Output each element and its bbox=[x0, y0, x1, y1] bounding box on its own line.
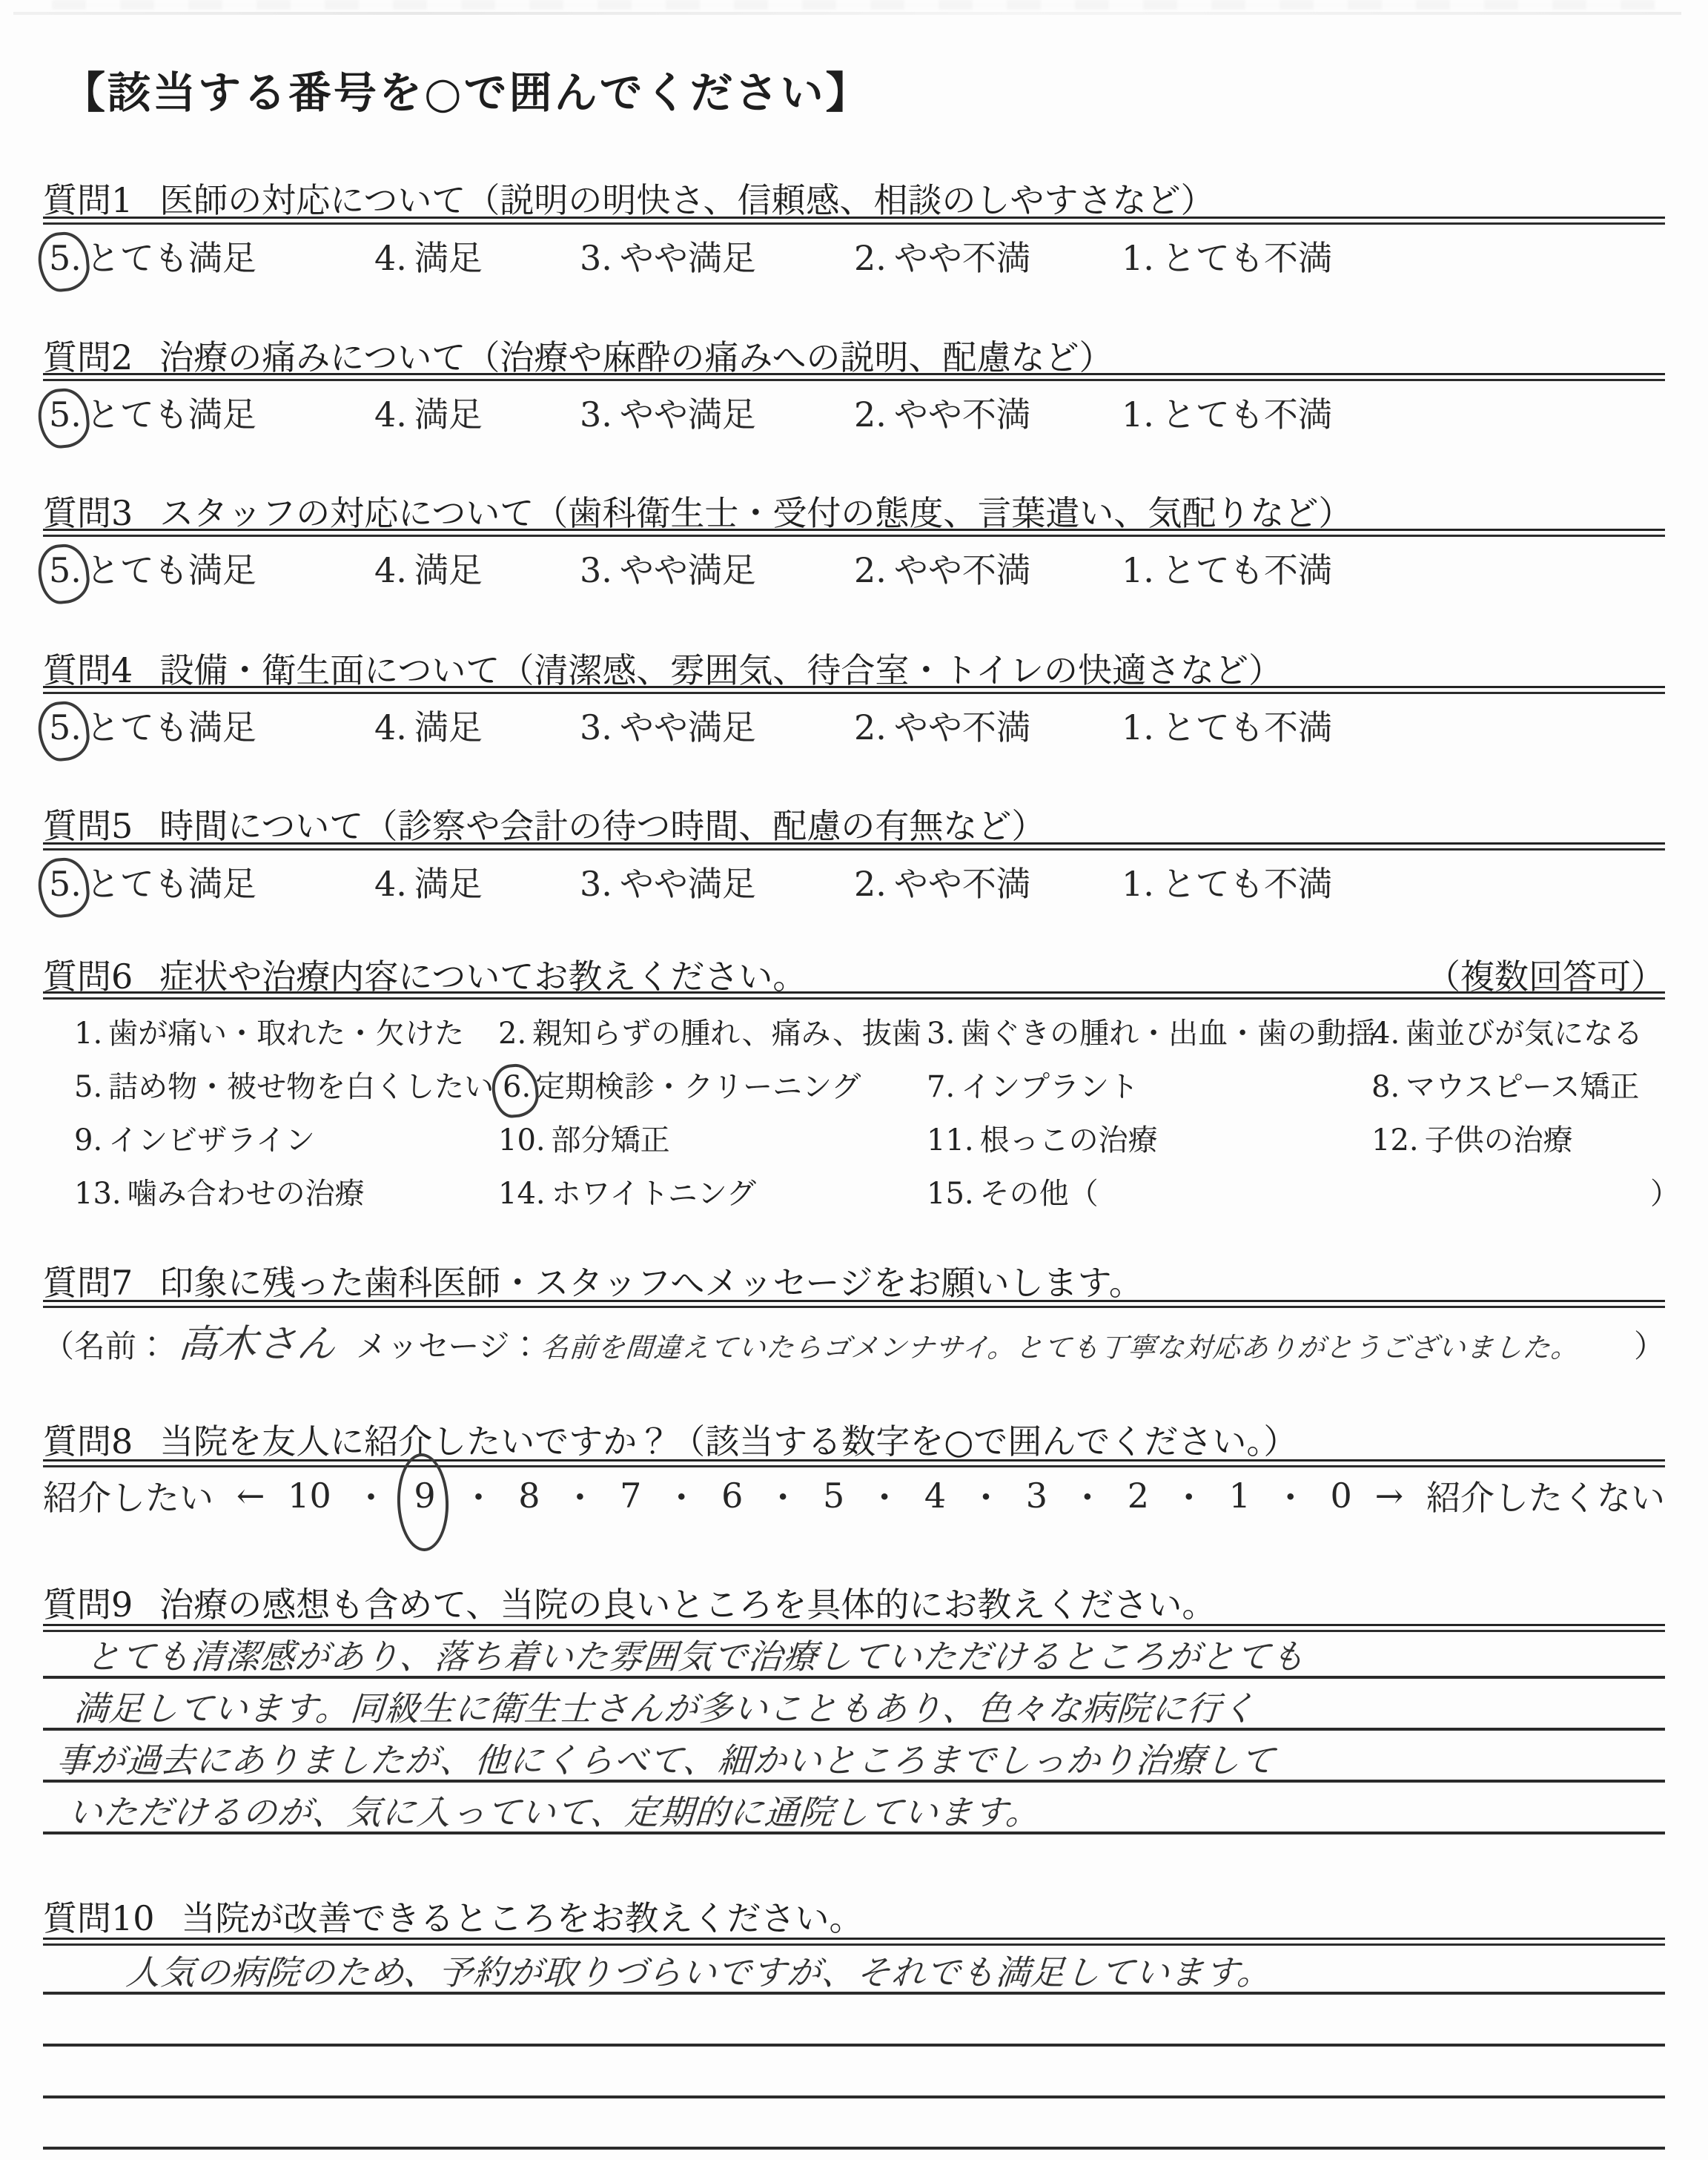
circle-mark: 9 bbox=[414, 1476, 435, 1516]
circle-mark: 5. bbox=[44, 707, 86, 747]
option-label: 親知らずの腫れ、痛み、抜歯 bbox=[532, 1017, 921, 1051]
rating-option-1[interactable]: 1.とても不満 bbox=[1122, 701, 1332, 750]
question-10-heading: 質問10当院が改善できるところをお教えください。 bbox=[43, 1892, 1665, 1941]
dot-separator: ・ bbox=[563, 1471, 597, 1520]
nps-number-0[interactable]: 0 bbox=[1331, 1476, 1352, 1516]
rating-option-3[interactable]: 3.やや満足 bbox=[580, 701, 756, 750]
option-number: 2. bbox=[854, 707, 887, 747]
rating-option-1[interactable]: 1.とても不満 bbox=[1122, 388, 1332, 437]
option-number: 3. bbox=[580, 238, 612, 278]
option-number: 14. bbox=[498, 1177, 546, 1211]
option-number: 4. bbox=[374, 550, 407, 590]
question-9-heading: 質問9治療の感想も含めて、当院の良いところを具体的にお教えください。 bbox=[43, 1578, 1665, 1627]
symptom-option-9[interactable]: 9.インビザライン bbox=[74, 1117, 315, 1159]
option-label: 満足 bbox=[414, 864, 483, 904]
option-label: とても不満 bbox=[1162, 707, 1332, 747]
question-1-heading: 質問1医師の対応について（説明の明快さ、信頼感、相談のしやすさなど） bbox=[43, 174, 1665, 222]
option-number: 2. bbox=[854, 550, 887, 590]
question-1-options: 5.とても満足 4.満足 3.やや満足 2.やや不満 1.とても不満 bbox=[43, 231, 1665, 279]
option-label: 満足 bbox=[414, 238, 483, 278]
option-label: やや不満 bbox=[894, 707, 1030, 747]
option-label: 歯ぐきの腫れ・出血・歯の動揺 bbox=[961, 1017, 1376, 1051]
option-number: 12. bbox=[1371, 1123, 1419, 1157]
question-number: 質問5 bbox=[43, 806, 133, 846]
option-number: 1. bbox=[1122, 394, 1154, 435]
rating-option-5[interactable]: 5.とても満足 bbox=[44, 544, 256, 592]
option-label: やや不満 bbox=[894, 394, 1030, 435]
option-label: 歯が痛い・取れた・欠けた bbox=[108, 1017, 464, 1051]
option-number: 4. bbox=[374, 394, 407, 435]
question-3-options: 5.とても満足 4.満足 3.やや満足 2.やや不満 1.とても不満 bbox=[43, 544, 1665, 591]
question-5-options: 5.とても満足 4.満足 3.やや満足 2.やや不満 1.とても不満 bbox=[43, 857, 1665, 905]
question-number: 質問1 bbox=[43, 180, 133, 220]
option-number: 5. bbox=[49, 238, 82, 278]
option-number: 3. bbox=[927, 1017, 955, 1051]
rating-option-5[interactable]: 5.とても満足 bbox=[44, 388, 256, 437]
symptom-option-6[interactable]: 6.定期検診・クリーニング bbox=[498, 1063, 861, 1106]
question-title: 治療の痛みについて（治療や麻酔の痛みへの説明、配慮など） bbox=[159, 337, 1113, 377]
option-label: 定期検診・クリーニング bbox=[535, 1070, 861, 1104]
answer-text: 人気の病院のため、予約が取りづらいですが、それでも満足しています。 bbox=[42, 1955, 1273, 1992]
scan-artifact bbox=[52, 0, 1656, 10]
option-label: とても不満 bbox=[1162, 550, 1332, 590]
option-number: 4. bbox=[374, 707, 407, 747]
dot-separator: ・ bbox=[354, 1471, 388, 1520]
option-number: 4. bbox=[1371, 1017, 1400, 1051]
question-number: 質問3 bbox=[43, 493, 133, 533]
question-2-options: 5.とても満足 4.満足 3.やや満足 2.やや不満 1.とても不満 bbox=[43, 388, 1665, 435]
question-number: 質問4 bbox=[43, 650, 133, 690]
option-label: やや不満 bbox=[894, 550, 1030, 590]
nps-number-1[interactable]: 1 bbox=[1229, 1476, 1251, 1516]
option-number: 10. bbox=[498, 1123, 546, 1157]
question-5-heading: 質問5時間について（診察や会計の待つ時間、配慮の有無など） bbox=[43, 799, 1665, 848]
question-title: 医師の対応について（説明の明快さ、信頼感、相談のしやすさなど） bbox=[159, 180, 1214, 220]
rating-option-2[interactable]: 2.やや不満 bbox=[854, 701, 1030, 750]
section-rule bbox=[43, 529, 1665, 537]
rating-option-5[interactable]: 5.とても満足 bbox=[44, 857, 256, 906]
answer-line-2[interactable]: 満足しています。同級生に衛生士さんが多いこともあり、色々な病院に行く bbox=[43, 1676, 1665, 1731]
option-number: 1. bbox=[1122, 238, 1154, 278]
question-title: 設備・衛生面について（清潔感、雰囲気、待合室・トイレの快適さなど） bbox=[159, 650, 1282, 690]
option-number: 1. bbox=[1122, 707, 1154, 747]
symptom-option-1[interactable]: 1.歯が痛い・取れた・欠けた bbox=[74, 1010, 464, 1052]
rating-option-1[interactable]: 1.とても不満 bbox=[1122, 857, 1332, 906]
option-label: やや満足 bbox=[620, 394, 756, 435]
circle-mark: 6. bbox=[498, 1070, 535, 1104]
option-number: 2. bbox=[854, 864, 887, 904]
answer-line-4[interactable]: いただけるのが、気に入っていて、定期的に通院しています。 bbox=[43, 1780, 1665, 1834]
symptom-option-13[interactable]: 13.噛み合わせの治療 bbox=[74, 1170, 365, 1212]
option-label: 満足 bbox=[414, 394, 483, 435]
symptom-option-10[interactable]: 10.部分矯正 bbox=[498, 1117, 670, 1159]
nps-number-10[interactable]: 10 bbox=[288, 1476, 331, 1516]
question-title: 症状や治療内容についてお教えください。 bbox=[159, 957, 807, 997]
section-rule bbox=[43, 686, 1665, 694]
message-value: 名前を間違えていたらゴメンナサイ。とても丁寧な対応ありがとうございました。 bbox=[540, 1325, 1635, 1365]
symptom-option-15[interactable]: 15.その他（ bbox=[927, 1170, 1099, 1212]
option-label: 歯並びが気になる bbox=[1406, 1017, 1643, 1051]
circle-mark: 5. bbox=[44, 394, 86, 435]
rating-option-2[interactable]: 2.やや不満 bbox=[854, 231, 1030, 280]
answer-text: とても清潔感があり、落ち着いた雰囲気で治療していただけるところがとても bbox=[42, 1639, 1307, 1676]
option-label: ホワイトニング bbox=[552, 1177, 756, 1211]
option-number: 2. bbox=[854, 238, 887, 278]
name-value: 高木さん bbox=[177, 1312, 338, 1368]
question-number: 質問10 bbox=[43, 1898, 155, 1938]
option-number: 8. bbox=[1371, 1070, 1400, 1104]
option-number: 3. bbox=[580, 707, 612, 747]
nps-left-label: 紹介したい bbox=[43, 1471, 213, 1520]
nps-number-9[interactable]: 9 bbox=[411, 1476, 438, 1516]
rating-option-4[interactable]: 4.満足 bbox=[374, 544, 483, 592]
symptom-option-12[interactable]: 12.子供の治療 bbox=[1371, 1117, 1573, 1159]
option-label: とても満足 bbox=[86, 238, 256, 278]
message-line[interactable]: （名前： 高木さん メッセージ： 名前を間違えていたらゴメンナサイ。とても丁寧な… bbox=[43, 1312, 1665, 1357]
section-rule bbox=[43, 373, 1665, 381]
question-number: 質問6 bbox=[43, 957, 133, 997]
question-number: 質問9 bbox=[43, 1585, 133, 1625]
nps-scale: 紹介したい ← 10 ・ 9 ・ 8 ・ 7 ・ 6 ・ 5 ・ 4 ・ 3 ・… bbox=[43, 1473, 1665, 1519]
option-label: やや満足 bbox=[620, 707, 756, 747]
circle-mark: 5. bbox=[44, 864, 86, 904]
question-title: 時間について（診察や会計の待つ時間、配慮の有無など） bbox=[159, 806, 1045, 846]
rating-option-4[interactable]: 4.満足 bbox=[374, 231, 483, 280]
option-label: インプラント bbox=[961, 1070, 1139, 1104]
option-label: インビザライン bbox=[108, 1123, 315, 1157]
option-label: とても不満 bbox=[1162, 394, 1332, 435]
question-number: 質問7 bbox=[43, 1263, 133, 1303]
circle-mark: 5. bbox=[44, 238, 86, 278]
scan-artifact bbox=[13, 12, 1681, 15]
option-number: 1. bbox=[1122, 864, 1154, 904]
question-title: 印象に残った歯科医師・スタッフへメッセージをお願いします。 bbox=[159, 1263, 1143, 1303]
rating-option-3[interactable]: 3.やや満足 bbox=[580, 857, 756, 906]
answer-line-1[interactable]: 人気の病院のため、予約が取りづらいですが、それでも満足しています。 bbox=[43, 1942, 1665, 1995]
section-rule bbox=[43, 842, 1665, 851]
option-number: 6. bbox=[503, 1070, 531, 1104]
option-number: 1. bbox=[1122, 550, 1154, 590]
dot-separator: ・ bbox=[1274, 1471, 1308, 1520]
name-label: （名前： bbox=[43, 1322, 168, 1367]
rating-option-1[interactable]: 1.とても不満 bbox=[1122, 544, 1332, 592]
dot-separator: ・ bbox=[867, 1471, 901, 1520]
dot-separator: ・ bbox=[1070, 1471, 1105, 1520]
rating-option-5[interactable]: 5.とても満足 bbox=[44, 701, 256, 750]
nps-number-4[interactable]: 4 bbox=[924, 1476, 946, 1516]
symptom-option-8[interactable]: 8.マウスピース矯正 bbox=[1371, 1063, 1639, 1106]
option-label: やや満足 bbox=[620, 864, 756, 904]
answer-line-3[interactable] bbox=[43, 2044, 1665, 2098]
symptom-option-11[interactable]: 11.根っこの治療 bbox=[927, 1117, 1158, 1159]
answer-line-3[interactable]: 事が過去にありましたが、他にくらべて、細かいところまでしっかり治療して bbox=[43, 1728, 1665, 1783]
answer-text: いただけるのが、気に入っていて、定期的に通院しています。 bbox=[42, 1794, 1042, 1832]
rating-option-3[interactable]: 3.やや満足 bbox=[580, 544, 756, 592]
option-number: 9. bbox=[74, 1123, 102, 1157]
rating-option-2[interactable]: 2.やや不満 bbox=[854, 388, 1030, 437]
answer-line-2[interactable] bbox=[43, 1992, 1665, 2047]
rating-option-5[interactable]: 5.とても満足 bbox=[44, 231, 256, 280]
option-label: 満足 bbox=[414, 550, 483, 590]
option-label: 満足 bbox=[414, 707, 483, 747]
nps-number-5[interactable]: 5 bbox=[823, 1476, 844, 1516]
section-rule bbox=[43, 217, 1665, 225]
section-rule bbox=[43, 991, 1665, 1000]
other-close-paren: ） bbox=[1650, 1170, 1680, 1212]
rating-option-3[interactable]: 3.やや満足 bbox=[580, 388, 756, 437]
survey-page: 【該当する番号を○で囲んでください】 質問1医師の対応について（説明の明快さ、信… bbox=[0, 0, 1708, 2160]
option-label: 部分矯正 bbox=[552, 1123, 670, 1157]
nps-number-8[interactable]: 8 bbox=[518, 1476, 540, 1516]
question-8-heading: 質問8当院を友人に紹介したいですか？（該当する数字を○で囲んでください。） bbox=[43, 1415, 1665, 1464]
rating-option-4[interactable]: 4.満足 bbox=[374, 701, 483, 750]
nps-right-label: 紹介したくない bbox=[1426, 1471, 1665, 1520]
question-title: 治療の感想も含めて、当院の良いところを具体的にお教えください。 bbox=[159, 1585, 1216, 1625]
option-label: 詰め物・被せ物を白くしたい bbox=[108, 1070, 494, 1104]
option-label: とても満足 bbox=[86, 864, 256, 904]
option-label: 噛み合わせの治療 bbox=[128, 1177, 365, 1211]
rating-option-4[interactable]: 4.満足 bbox=[374, 388, 483, 437]
circle-mark: 5. bbox=[44, 550, 86, 590]
option-number: 3. bbox=[580, 864, 612, 904]
option-number: 5. bbox=[49, 394, 82, 435]
symptom-option-14[interactable]: 14.ホワイトニング bbox=[498, 1170, 756, 1212]
option-number: 4. bbox=[374, 238, 407, 278]
option-label: その他（ bbox=[980, 1177, 1099, 1211]
option-label: とても満足 bbox=[86, 707, 256, 747]
rating-option-3[interactable]: 3.やや満足 bbox=[580, 231, 756, 280]
question-title: スタッフの対応について（歯科衛生士・受付の態度、言葉遣い、気配りなど） bbox=[159, 493, 1352, 533]
question-number: 質問8 bbox=[43, 1421, 133, 1462]
option-label: やや不満 bbox=[894, 864, 1030, 904]
option-label: とても不満 bbox=[1162, 864, 1332, 904]
option-label: 子供の治療 bbox=[1425, 1123, 1573, 1157]
option-number: 3. bbox=[580, 550, 612, 590]
option-number: 2. bbox=[854, 394, 887, 435]
right-arrow-icon: → bbox=[1375, 1476, 1404, 1516]
option-number: 13. bbox=[74, 1177, 122, 1211]
option-label: やや満足 bbox=[620, 550, 756, 590]
option-number: 15. bbox=[927, 1177, 974, 1211]
answer-text: 満足しています。同級生に衛生士さんが多いこともあり、色々な病院に行く bbox=[42, 1691, 1257, 1728]
nps-number-3[interactable]: 3 bbox=[1026, 1476, 1047, 1516]
option-label: 根っこの治療 bbox=[980, 1123, 1158, 1157]
close-paren: ） bbox=[1634, 1322, 1665, 1367]
dot-separator: ・ bbox=[461, 1471, 495, 1520]
rating-option-2[interactable]: 2.やや不満 bbox=[854, 544, 1030, 592]
symptom-option-7[interactable]: 7.インプラント bbox=[927, 1063, 1139, 1106]
dot-separator: ・ bbox=[766, 1471, 800, 1520]
option-number: 1. bbox=[74, 1017, 102, 1051]
rating-option-2[interactable]: 2.やや不満 bbox=[854, 857, 1030, 906]
answer-line-1[interactable]: とても清潔感があり、落ち着いた雰囲気で治療していただけるところがとても bbox=[43, 1628, 1665, 1679]
nps-number-7[interactable]: 7 bbox=[620, 1476, 641, 1516]
dot-separator: ・ bbox=[1172, 1471, 1206, 1520]
message-label: メッセージ： bbox=[356, 1322, 540, 1367]
question-title: 当院を友人に紹介したいですか？（該当する数字を○で囲んでください。） bbox=[159, 1421, 1297, 1462]
question-7-heading: 質問7印象に残った歯科医師・スタッフへメッセージをお願いします。 bbox=[43, 1256, 1665, 1305]
symptom-option-2[interactable]: 2.親知らずの腫れ、痛み、抜歯 bbox=[498, 1010, 921, 1052]
option-number: 5. bbox=[49, 864, 82, 904]
option-number: 5. bbox=[49, 550, 82, 590]
symptom-option-3[interactable]: 3.歯ぐきの腫れ・出血・歯の動揺 bbox=[927, 1010, 1376, 1052]
option-number: 11. bbox=[927, 1123, 974, 1157]
option-label: やや不満 bbox=[894, 238, 1030, 278]
nps-number-2[interactable]: 2 bbox=[1128, 1476, 1149, 1516]
answer-text: 事が過去にありましたが、他にくらべて、細かいところまでしっかり治療して bbox=[42, 1743, 1277, 1780]
option-label: やや満足 bbox=[620, 238, 756, 278]
option-label: とても満足 bbox=[86, 550, 256, 590]
option-number: 2. bbox=[498, 1017, 526, 1051]
answer-line-4[interactable] bbox=[43, 2095, 1665, 2150]
question-4-options: 5.とても満足 4.満足 3.やや満足 2.やや不満 1.とても不満 bbox=[43, 701, 1665, 748]
symptom-option-5[interactable]: 5.詰め物・被せ物を白くしたい bbox=[74, 1063, 494, 1106]
nps-number-6[interactable]: 6 bbox=[721, 1476, 743, 1516]
dot-separator: ・ bbox=[664, 1471, 698, 1520]
left-arrow-icon: ← bbox=[236, 1476, 265, 1516]
question-number: 質問2 bbox=[43, 337, 133, 377]
option-number: 3. bbox=[580, 394, 612, 435]
option-number: 5. bbox=[49, 707, 82, 747]
rating-option-1[interactable]: 1.とても不満 bbox=[1122, 231, 1332, 280]
option-number: 5. bbox=[74, 1070, 102, 1104]
option-number: 7. bbox=[927, 1070, 955, 1104]
form-title: 【該当する番号を○で囲んでください】 bbox=[62, 58, 871, 120]
dot-separator: ・ bbox=[969, 1471, 1003, 1520]
section-rule bbox=[43, 1459, 1665, 1467]
option-number: 4. bbox=[374, 864, 407, 904]
question-title: 当院が改善できるところをお教えください。 bbox=[182, 1898, 864, 1938]
option-label: とても不満 bbox=[1162, 238, 1332, 278]
rating-option-4[interactable]: 4.満足 bbox=[374, 857, 483, 906]
option-label: とても満足 bbox=[86, 394, 256, 435]
section-rule bbox=[43, 1300, 1665, 1308]
symptom-option-4[interactable]: 4.歯並びが気になる bbox=[1371, 1010, 1643, 1052]
option-label: マウスピース矯正 bbox=[1406, 1070, 1639, 1104]
